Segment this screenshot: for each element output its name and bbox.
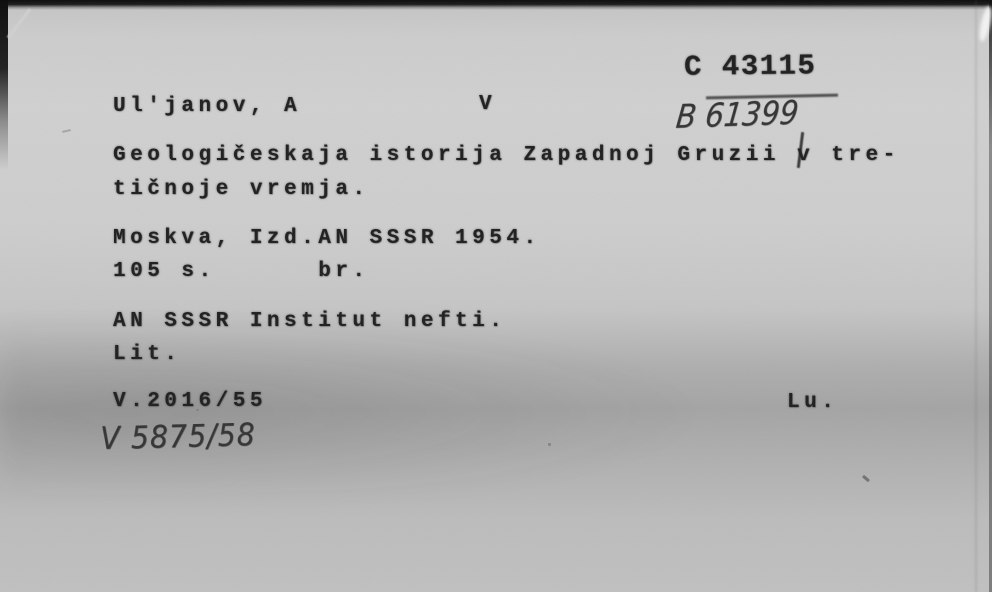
title-line-2: tičnoje vremja. bbox=[113, 179, 370, 200]
format-size-letter: V bbox=[479, 94, 496, 115]
paper-fold-line bbox=[975, 0, 977, 592]
imprint: Moskva, Izd.AN SSSR 1954. bbox=[113, 228, 541, 249]
paper-speck bbox=[862, 475, 870, 482]
paper-grain-texture bbox=[0, 0, 992, 592]
call-number: C 43115 bbox=[684, 51, 817, 81]
shelfmark-handwritten: V 5875/58 bbox=[100, 420, 256, 455]
card-left-edge bbox=[0, 0, 8, 170]
card-top-edge bbox=[0, 0, 992, 10]
order-number: V.2016/55 bbox=[113, 391, 267, 412]
literature-note: Lit. bbox=[113, 344, 181, 365]
card-corner-highlight bbox=[7, 8, 32, 38]
catalog-card: C 43115 B 61399 Ul'janov, A V Geologičes… bbox=[0, 0, 992, 592]
scan-shadow-band bbox=[0, 320, 694, 490]
author-name: Ul'janov, A bbox=[113, 96, 301, 117]
title-line-1: Geologičeskaja istorija Zapadnoj Gruzii … bbox=[113, 145, 900, 166]
accession-number-handwritten: B 61399 bbox=[675, 96, 801, 133]
location-mark: Lu. bbox=[787, 392, 838, 413]
corporate-body: AN SSSR Institut nefti. bbox=[113, 311, 506, 332]
paper-speck bbox=[548, 443, 551, 446]
paper-speck bbox=[62, 129, 71, 133]
collation: 105 s. br. bbox=[113, 261, 370, 282]
